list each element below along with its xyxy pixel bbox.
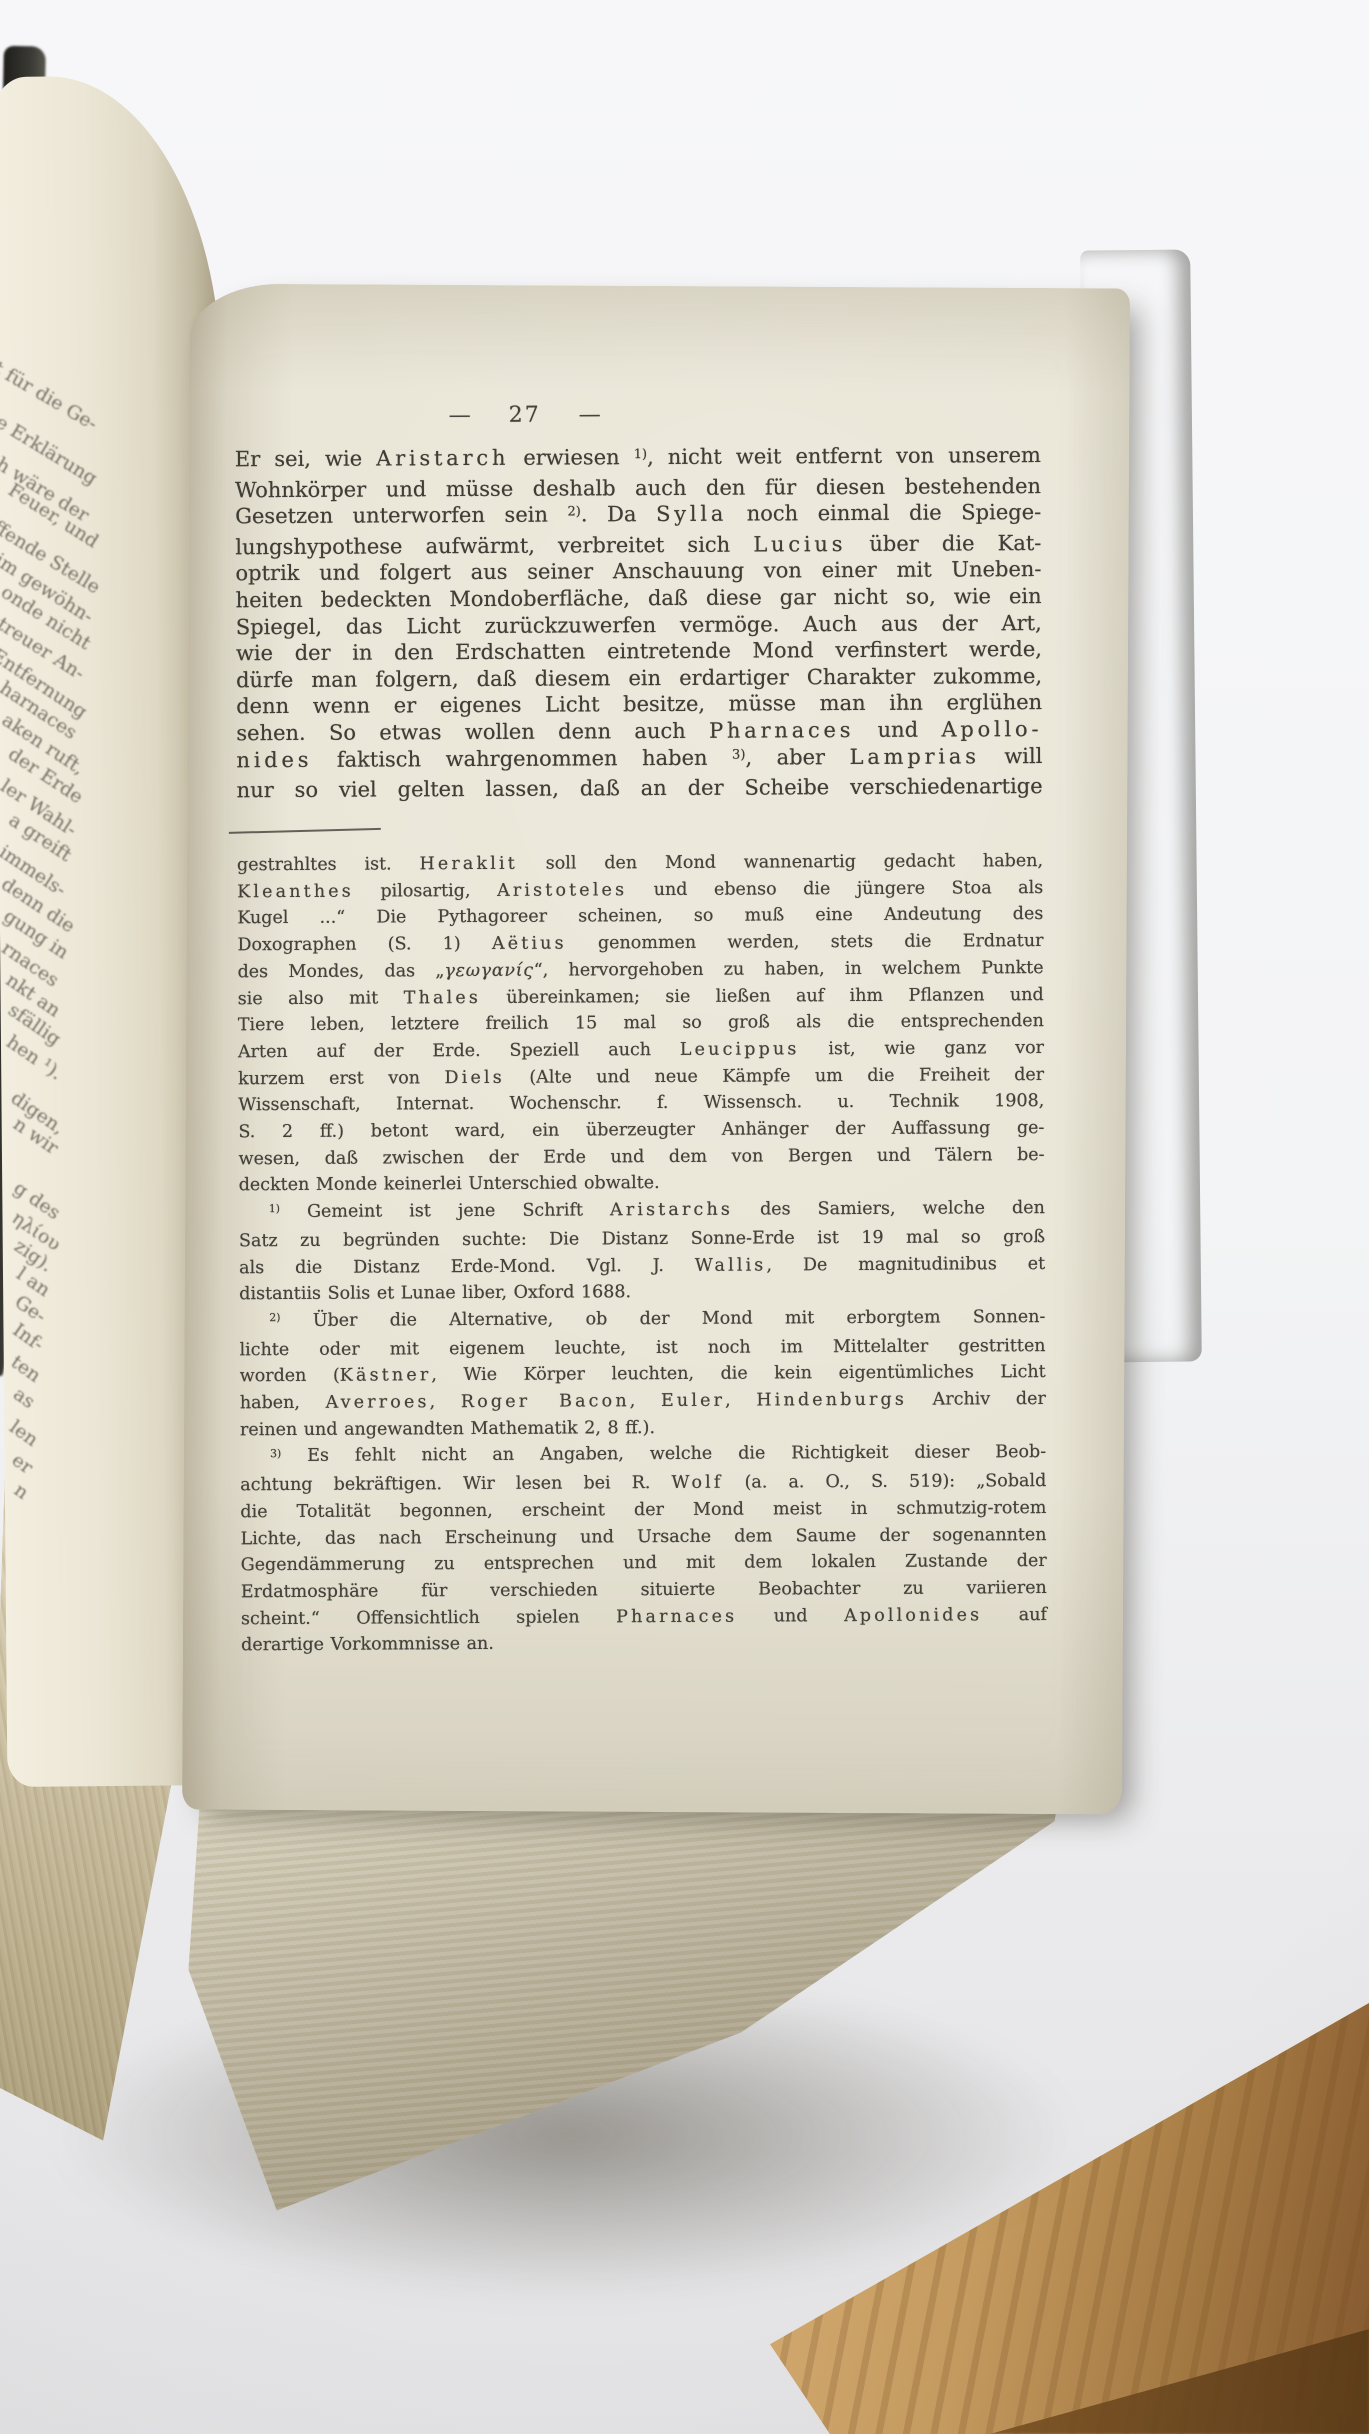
text-segment: übereinkamen; sie ließen auf ihm Pflanze… <box>481 985 1044 1008</box>
text-segment: “, hervorgehoben zu haben, in welchem Pu… <box>534 958 1044 981</box>
text-segment: , nicht weit entfernt von unserem <box>647 443 1041 469</box>
text-segment: Es fehlt nicht an Angaben, welche die Ri… <box>281 1442 1046 1466</box>
text-segment: des Mondes, das „ <box>238 961 445 982</box>
text-segment: , <box>630 1391 661 1411</box>
footnote-line: Erdatmosphäre für verschieden situierte … <box>241 1575 1047 1606</box>
main-text-line: sehen. So etwas wollen denn auch Pharnac… <box>236 716 1042 747</box>
footnote-line: scheint.“ Offensichtlich spielen Pharnac… <box>241 1602 1047 1633</box>
text-segment: denn wenn er eigenes Licht besitze, müss… <box>236 690 1042 718</box>
book-page: — 27 — Er sei, wie Aristarch erwiesen 1)… <box>182 284 1130 1815</box>
footnote-marker: 2) <box>567 505 580 520</box>
text-segment: faktisch wahrgenommen haben <box>312 745 732 771</box>
text-segment: Apollo- <box>941 717 1042 742</box>
text-segment: deckten Monde keinerlei Unterschied obwa… <box>239 1173 660 1195</box>
text-segment: Doxographen (S. 1) <box>237 934 492 955</box>
footnote-marker: 2) <box>269 1311 280 1324</box>
text-segment: , aber <box>745 745 849 770</box>
footnote-marker: 3) <box>270 1447 281 1460</box>
text-segment: erwiesen <box>509 445 634 470</box>
footnote-line: Satz zu begründen suchte: Die Distanz So… <box>239 1224 1045 1255</box>
text-segment: nides <box>236 747 312 771</box>
footnote-line: als die Distanz Erde-Mond. Vgl. J. Walli… <box>239 1251 1045 1282</box>
main-text-line: denn wenn er eigenes Licht besitze, müss… <box>236 689 1042 720</box>
footnote-line: Gegendämmerung zu entsprechen und mit de… <box>241 1548 1047 1579</box>
footnote-line: derartige Vorkommnisse an. <box>241 1628 1047 1659</box>
text-segment: wie der in den Erdschatten eintretende M… <box>236 637 1042 665</box>
footnote-line: distantiis Solis et Lunae liber, Oxford … <box>239 1277 1045 1308</box>
left-page-text-fragment: Inf- <box>9 1319 48 1356</box>
text-segment: γεωγανίς <box>444 960 533 980</box>
footnote-line: Doxographen (S. 1) Aëtius genommen werde… <box>237 928 1043 959</box>
footnote-line: worden (Kästner, Wie Körper leuchten, di… <box>240 1359 1046 1390</box>
text-segment: . Da <box>581 502 656 526</box>
footnote-line: S. 2 ff.) betont ward, ein überzeugter A… <box>238 1115 1044 1146</box>
left-page-text-fragment: len <box>5 1416 42 1451</box>
text-segment: reinen und angewandten Mathematik 2, 8 f… <box>240 1418 655 1440</box>
footnote-marker: 1) <box>634 447 647 462</box>
text-segment: Spiegel, das Licht zurückzuwerfen vermög… <box>236 611 1042 639</box>
text-segment: Aristarchs <box>610 1200 733 1221</box>
text-segment: Über die Alternative, ob der Mond mit er… <box>280 1307 1045 1331</box>
main-text-line: Wohnkörper und müsse deshalb auch den fü… <box>235 473 1041 504</box>
text-segment: will <box>980 744 1043 768</box>
page-number-dash-left: — <box>449 403 471 428</box>
text-segment: Er sei, wie <box>235 446 376 471</box>
left-page-text-fragment: ten <box>7 1351 45 1387</box>
text-segment: Euler <box>661 1391 725 1411</box>
footnote-line: des Mondes, das „γεωγανίς“, hervorgehobe… <box>238 955 1044 986</box>
text-segment: kurzem erst von <box>238 1068 444 1089</box>
text-segment: Wolf <box>671 1473 723 1493</box>
page-number: — 27 — <box>365 402 685 429</box>
footnote-line: sie also mit Thales übereinkamen; sie li… <box>238 982 1044 1013</box>
footnote-line: die Totalität begonnen, erscheint der Mo… <box>240 1495 1046 1526</box>
footnote-marker: 3) <box>732 747 745 762</box>
main-text-line: optrik und folgert aus seiner Anschauung… <box>235 556 1041 587</box>
footnotes: gestrahltes ist. Heraklit soll den Mond … <box>237 848 1047 1659</box>
text-segment: Hindenburgs <box>756 1390 907 1411</box>
book-photo-scene: t für die Ge-re Erklärungh wäre derFeuer… <box>0 0 1369 2434</box>
text-segment: Gemeint ist jene Schrift <box>280 1200 610 1222</box>
text-segment: Thales <box>404 987 481 1007</box>
main-text-line: Gesetzen unterworfen sein 2). Da Sylla n… <box>235 499 1041 534</box>
text-segment: des Samiers, welche den <box>733 1198 1045 1220</box>
text-segment: Averroes <box>326 1392 430 1413</box>
main-text-line: nur so viel gelten lassen, daß an der Sc… <box>237 773 1043 804</box>
text-segment: distantiis Solis et Lunae liber, Oxford … <box>239 1282 631 1304</box>
text-segment: derartige Vorkommnisse an. <box>241 1634 494 1655</box>
text-segment: soll den Mond wannenartig gedacht haben, <box>518 851 1043 874</box>
text-segment: Roger Bacon <box>461 1391 630 1412</box>
text-segment: Wohnkörper und müsse deshalb auch den fü… <box>235 474 1041 502</box>
text-segment: scheint.“ Offensichtlich spielen <box>241 1607 616 1629</box>
footnote-line: 1) Gemeint ist jene Schrift Aristarchs d… <box>239 1195 1045 1228</box>
footnote-line: Tiere leben, letztere freilich 15 mal so… <box>238 1008 1044 1039</box>
page-number-value: 27 <box>509 403 541 428</box>
text-segment: Arten auf der Erde. Speziell auch <box>238 1040 680 1062</box>
footnote-line: Arten auf der Erde. Speziell auch Leucip… <box>238 1035 1044 1066</box>
footnote-line: Kleanthes pilosartig, Aristoteles und eb… <box>237 875 1043 906</box>
text-segment: Aristarch <box>376 446 509 471</box>
text-segment: genommen werden, stets die Erdnatur <box>567 931 1044 953</box>
text-segment: , De magnitudinibus et <box>766 1254 1045 1275</box>
footnote-line: deckten Monde keinerlei Unterschied obwa… <box>239 1168 1045 1199</box>
footnote-marker: 1) <box>269 1202 280 1215</box>
main-text-line: Spiegel, das Licht zurückzuwerfen vermög… <box>236 610 1042 641</box>
text-segment: heiten bedeckten Mondoberfläche, daß die… <box>236 584 1042 612</box>
footnote-separator <box>229 828 381 834</box>
text-segment: sehen. So etwas wollen denn auch <box>236 719 709 745</box>
text-segment: und <box>854 717 941 741</box>
text-segment: Tiere leben, letztere freilich 15 mal so… <box>238 1011 1044 1035</box>
text-segment: als die Distanz Erde-Mond. Vgl. J. <box>239 1255 695 1277</box>
footnote-line: kurzem erst von Diels (Alte und neue Käm… <box>238 1062 1044 1093</box>
main-text-line: dürfe man folgern, daß diesem ein erdart… <box>236 663 1042 694</box>
text-segment: und <box>737 1606 844 1627</box>
text-segment: haben, <box>240 1393 326 1413</box>
text-segment: auf <box>982 1605 1047 1625</box>
text-segment: achtung bekräftigen. Wir lesen bei R. <box>240 1473 671 1495</box>
main-text-line: Er sei, wie Aristarch erwiesen 1), nicht… <box>235 442 1041 477</box>
text-segment: wesen, daß zwischen der Erde und dem von… <box>239 1145 1045 1169</box>
footnote-line: Kugel ...“ Die Pythagoreer scheinen, so … <box>237 901 1043 932</box>
text-segment: Lichte, das nach Erscheinung und Ursache… <box>240 1525 1046 1549</box>
text-segment: Leucippus <box>680 1039 800 1060</box>
text-segment: nur so viel gelten lassen, daß an der Sc… <box>237 774 1043 802</box>
text-segment: lichte oder mit eigenem leuchte, ist noc… <box>240 1336 1046 1360</box>
footnote-line: achtung bekräftigen. Wir lesen bei R. Wo… <box>240 1468 1046 1499</box>
text-segment: Erdatmosphäre für verschieden situierte … <box>241 1578 1047 1602</box>
main-text: Er sei, wie Aristarch erwiesen 1), nicht… <box>235 442 1043 804</box>
text-segment: (a. a. O., S. 519): „Sobald <box>723 1471 1046 1493</box>
page-number-dash-right: — <box>579 402 601 427</box>
main-text-line: nides faktisch wahrgenommen haben 3), ab… <box>236 743 1042 778</box>
text-segment: Sylla <box>656 502 727 526</box>
footnote-line: wesen, daß zwischen der Erde und dem von… <box>238 1142 1044 1173</box>
text-segment: gestrahltes ist. <box>237 854 420 875</box>
text-segment: worden ( <box>240 1366 340 1387</box>
main-text-line: wie der in den Erdschatten eintretende M… <box>236 636 1042 667</box>
text-segment: Gesetzen unterworfen sein <box>235 503 567 529</box>
text-segment: lungshypothese aufwärmt, verbreitet sich <box>235 532 753 559</box>
footnote-line: haben, Averroes, Roger Bacon, Euler, Hin… <box>240 1386 1046 1417</box>
footnote-line: 2) Über die Alternative, ob der Mond mit… <box>239 1304 1045 1337</box>
page-content: — 27 — Er sei, wie Aristarch erwiesen 1)… <box>190 284 1138 1815</box>
main-text-line: heiten bedeckten Mondoberfläche, daß die… <box>236 583 1042 614</box>
text-segment: Pharnaces <box>616 1606 737 1627</box>
text-segment: Aristoteles <box>497 880 627 901</box>
text-segment: Diels <box>444 1067 504 1087</box>
text-segment: Wallis <box>695 1255 767 1275</box>
text-segment: Archiv der <box>907 1389 1046 1410</box>
text-segment: dürfe man folgern, daß diesem ein erdart… <box>236 664 1042 692</box>
text-segment: sie also mit <box>238 988 404 1009</box>
text-segment: , <box>430 1392 461 1412</box>
text-segment: und ebenso die jüngere Stoa als <box>627 878 1043 900</box>
text-segment: Pharnaces <box>709 718 854 743</box>
text-segment: S. 2 ff.) betont ward, ein überzeugter A… <box>238 1118 1044 1142</box>
left-page-text-fragment: as <box>9 1383 39 1413</box>
text-segment: Wissenschaft, Internat. Wochenschr. f. W… <box>238 1091 1044 1115</box>
text-segment: optrik und folgert aus seiner Anschauung… <box>235 557 1041 585</box>
text-segment: Satz zu begründen suchte: Die Distanz So… <box>239 1227 1045 1251</box>
text-segment: , Wie Körper leuchten, die kein eigentüm… <box>431 1362 1045 1385</box>
footnote-line: reinen und angewandten Mathematik 2, 8 f… <box>240 1413 1046 1444</box>
footnote-line: Lichte, das nach Erscheinung und Ursache… <box>240 1522 1046 1553</box>
text-segment: pilosartig, <box>354 881 497 902</box>
text-segment: noch einmal die Spiege- <box>727 500 1041 526</box>
text-segment: über die Kat- <box>846 531 1041 556</box>
text-segment: die Totalität begonnen, erscheint der Mo… <box>240 1498 1046 1522</box>
text-segment: Kästner <box>340 1366 432 1386</box>
text-segment: Lucius <box>753 532 846 556</box>
footnote-line: lichte oder mit eigenem leuchte, ist noc… <box>239 1333 1045 1364</box>
footnote-line: 3) Es fehlt nicht an Angaben, welche die… <box>240 1439 1046 1472</box>
text-segment: Aëtius <box>492 934 567 954</box>
text-segment: , <box>725 1391 756 1411</box>
footnote-line: gestrahltes ist. Heraklit soll den Mond … <box>237 848 1043 879</box>
text-segment: (Alte und neue Kämpfe um die Freiheit de… <box>505 1065 1044 1088</box>
text-segment: Gegendämmerung zu entsprechen und mit de… <box>241 1551 1047 1575</box>
footnote-line: Wissenschaft, Internat. Wochenschr. f. W… <box>238 1088 1044 1119</box>
text-segment: Kleanthes <box>237 881 354 902</box>
text-segment: Kugel ...“ Die Pythagoreer scheinen, so … <box>237 904 1043 928</box>
text-segment: Heraklit <box>419 854 518 875</box>
main-text-line: lungshypothese aufwärmt, verbreitet sich… <box>235 530 1041 561</box>
text-segment: ist, wie ganz vor <box>799 1038 1044 1059</box>
text-segment: Lamprias <box>850 744 980 769</box>
left-page-text-fragment: er <box>8 1449 37 1479</box>
text-segment: Apollonides <box>844 1605 982 1626</box>
left-page-text-fragment: n <box>10 1479 33 1504</box>
